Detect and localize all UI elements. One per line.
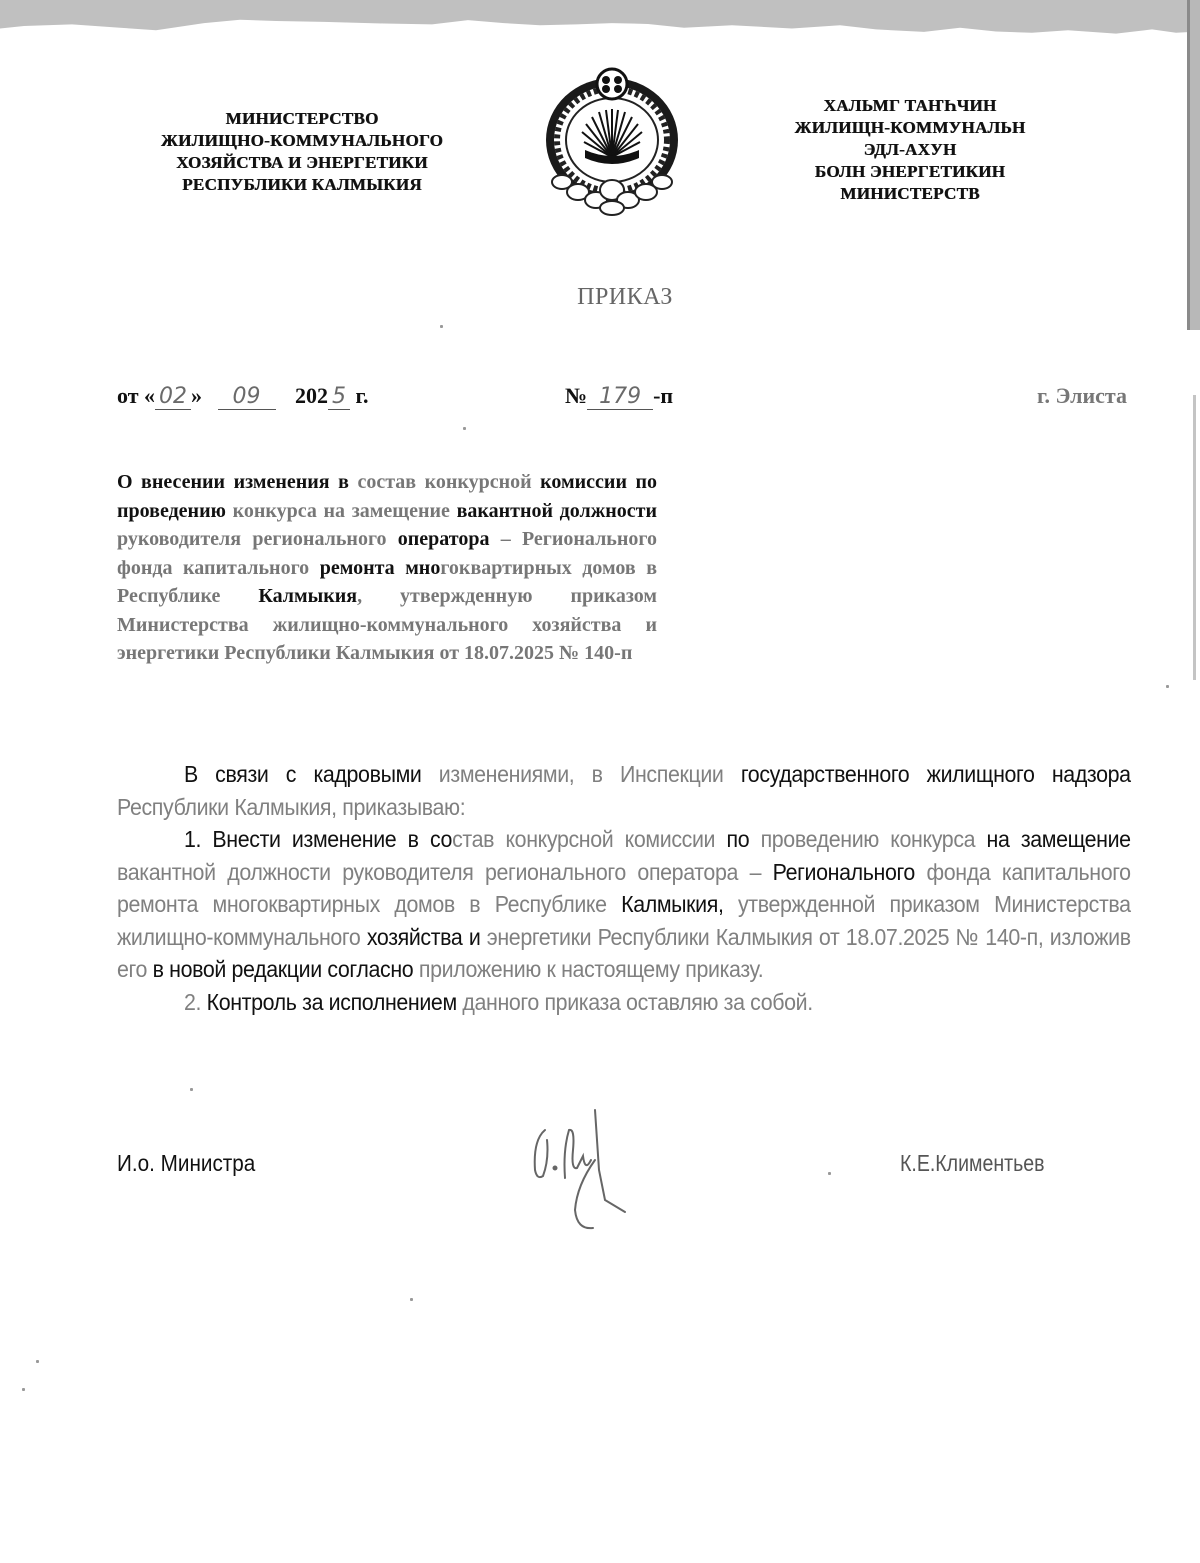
header-line: ЖИЛИЩН-КОММУНАЛЬН [770,117,1050,139]
scan-speck [828,1172,831,1175]
header-line: ХАЛЬМГ ТАҤҺЧИН [770,95,1050,117]
order-date: от «02» 09 2025 г. [117,383,369,410]
subject-text: конкурса на замещение [233,500,457,522]
body-text: изменениями, в Инспекции [439,761,741,787]
scan-border-right [1187,0,1200,330]
body-text: В связи с кадровыми [184,761,439,787]
subject-text: Калмыкия [258,585,357,607]
date-prefix: от « [117,383,155,408]
handwritten-signature-icon [515,1100,665,1240]
order-subject: О внесении изменения в состав конкурсной… [117,468,657,668]
date-year-prefix: 202 [295,383,328,408]
body-paragraph-preamble: В связи с кадровыми изменениями, в Инспе… [117,758,1131,823]
scan-speck [22,1388,25,1391]
body-text: по [726,826,760,852]
subject-text: состав конкурсной [357,471,540,493]
scan-speck [190,1088,193,1091]
scan-speck [36,1360,39,1363]
scan-speck [463,427,466,430]
body-text: данного приказа оставляю за собой. [462,989,812,1015]
header-line: РЕСПУБЛИКИ КАЛМЫКИЯ [132,174,472,196]
header-line: ЭДЛ-АХУН [770,139,1050,161]
date-number-line: от «02» 09 2025 г. №179-п г. Элиста [117,383,1127,417]
header-line: МИНИСТЕРСТВО [132,108,472,130]
order-body: В связи с кадровыми изменениями, в Инспе… [117,758,1131,1018]
header-line: БОЛН ЭНЕРГЕТИКИН [770,161,1050,183]
body-text: приложению к настоящему приказу. [419,956,763,982]
document-title: ПРИКАЗ [520,284,730,311]
body-text: на замещение [987,826,1131,852]
scan-speck [410,1298,413,1301]
date-day: 02 [155,384,191,410]
date-year-suffix: 5 [328,384,350,410]
number-prefix: № [565,383,587,408]
date-year-unit: г. [356,383,369,408]
signatory-name: К.Е.Климентьев [900,1150,1045,1177]
scan-speck [440,325,443,328]
body-text: Регионального [773,859,927,885]
body-text: хозяйства и [367,924,487,950]
body-paragraph-item-2: 2. Контроль за исполнением данного прика… [117,986,1131,1019]
coat-of-arms-icon [540,62,685,217]
header-line: МИНИСТЕРСТВ [770,183,1050,205]
signatory-position: И.о. Министра [117,1150,255,1177]
body-text: вакантной должности руководителя региона… [117,859,773,885]
body-text: государственного жилищного надзора [741,761,1131,787]
ministry-header-russian: МИНИСТЕРСТВО ЖИЛИЩНО-КОММУНАЛЬНОГО ХОЗЯЙ… [132,108,472,196]
body-text: в новой редакции согласно [153,956,419,982]
body-text: став конкурсной комиссии [452,826,726,852]
subject-text: оператора [398,528,501,550]
number-value: 179 [587,384,653,410]
header-line: ХОЗЯЙСТВА И ЭНЕРГЕТИКИ [132,152,472,174]
order-number: №179-п [565,383,673,410]
ministry-header-kalmyk: ХАЛЬМГ ТАҤҺЧИН ЖИЛИЩН-КОММУНАЛЬН ЭДЛ-АХУ… [770,95,1050,205]
city: г. Элиста [1037,383,1127,409]
date-mid: » [191,383,202,408]
date-month: 09 [218,384,276,410]
body-text: Калмыкия, [621,891,738,917]
body-text: 1. Внести изменение в со [184,826,452,852]
body-text: Контроль за исполнением [207,989,463,1015]
subject-text: руководителя регионального [117,528,398,550]
body-text: Республики Калмыкия, приказываю: [117,794,465,820]
subject-text: О внесении изменения в [117,471,357,493]
number-suffix: -п [653,383,673,408]
subject-text: ремонта мно [320,557,441,579]
body-text: проведению конкурса [761,826,987,852]
scan-border-right-lower [1193,395,1196,680]
header-line: ЖИЛИЩНО-КОММУНАЛЬНОГО [132,130,472,152]
scan-speck [1166,685,1169,688]
scan-border-top [0,0,1200,42]
body-text: 2. [184,989,207,1015]
body-paragraph-item-1: 1. Внести изменение в состав конкурсной … [117,823,1131,986]
subject-text: вакантной должности [457,500,657,522]
